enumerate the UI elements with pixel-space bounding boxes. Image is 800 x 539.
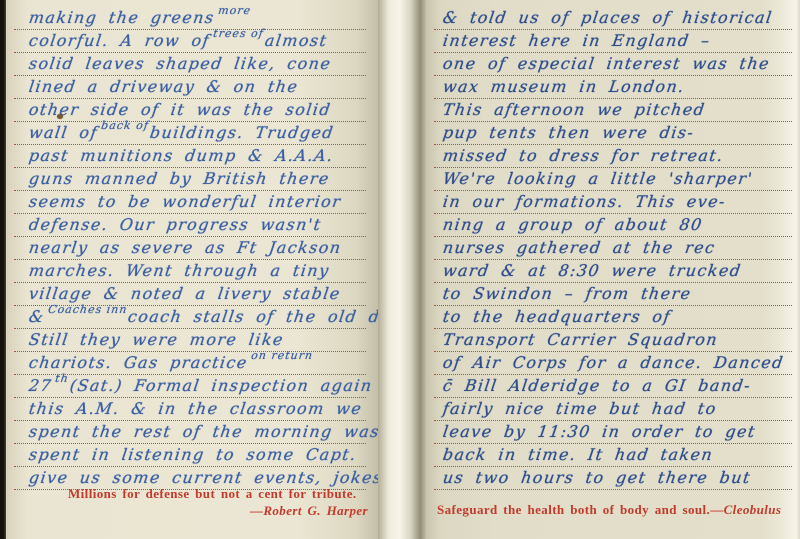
handwriting-text: spent in listening to some Capt. <box>28 444 359 465</box>
handwriting-text: almost <box>263 30 328 51</box>
handwriting-line: this A.M. & in the classroom we <box>14 398 366 421</box>
handwriting-line: leave by 11:30 in order to get <box>434 421 792 444</box>
handwriting-line: ward & at 8:30 were trucked <box>434 260 792 283</box>
handwriting-text: coach stalls of the old days. <box>126 306 419 327</box>
handwriting-line: colorful. A row of trees ofalmost <box>14 30 366 53</box>
handwriting-text: to the headquarters of <box>442 306 673 327</box>
handwriting-text: wax museum in London. <box>442 76 687 97</box>
handwriting-line: defense. Our progress wasn't <box>14 214 366 237</box>
handwriting-line: marches. Went through a tiny <box>14 260 366 283</box>
handwriting-line: pup tents then were dis- <box>434 122 792 145</box>
quote-attribution: Cleobulus <box>724 502 782 517</box>
handwriting-line: interest here in England – <box>434 30 792 53</box>
handwriting-line: nearly as severe as Ft Jackson <box>14 237 366 260</box>
handwriting-line: This afternoon we pitched <box>434 99 792 122</box>
handwriting-line: seems to be wonderful interior <box>14 191 366 214</box>
handwriting-text: ward & at 8:30 were trucked <box>442 260 743 281</box>
book-gutter <box>378 0 426 539</box>
handwriting-text: seems to be wonderful interior <box>28 191 343 212</box>
handwriting-text: pup tents then were dis- <box>442 122 696 143</box>
inserted-word: back of <box>100 115 151 136</box>
handwriting-line: of Air Corps for a dance. Danced <box>434 352 792 375</box>
handwriting-line: missed to dress for retreat. <box>434 145 792 168</box>
handwriting-text: leave by 11:30 in order to get <box>442 421 758 442</box>
handwriting-line: lined a driveway & on the <box>14 76 366 99</box>
handwriting-text: spent the rest of the morning was <box>28 421 382 442</box>
inserted-word: trees of <box>212 23 265 44</box>
diary-spread-scan: making the greens morecolorful. A row of… <box>0 0 800 539</box>
handwriting-text: wall of <box>28 122 100 143</box>
handwriting-line: nurses gathered at the rec <box>434 237 792 260</box>
handwriting-text: nearly as severe as Ft Jackson <box>28 237 344 258</box>
left-page-printed-quote: Millions for defense but not a cent for … <box>68 486 368 519</box>
handwriting-text: give us some current events, jokes, <box>28 467 391 488</box>
inserted-word: Coaches inn <box>46 299 128 320</box>
handwriting-line: other side of it was the solid <box>14 99 366 122</box>
handwriting-line: Transport Carrier Squadron <box>434 329 792 352</box>
handwriting-text: interest here in England – <box>442 30 713 51</box>
handwriting-line: guns manned by British there <box>14 168 366 191</box>
handwriting-line: in our formations. This eve- <box>434 191 792 214</box>
handwriting-line: spent the rest of the morning was <box>14 421 366 444</box>
handwriting-text: buildings. Trudged <box>148 122 335 143</box>
handwriting-text: Still they were more like <box>28 329 286 350</box>
handwriting-line: wax museum in London. <box>434 76 792 99</box>
handwriting-line: making the greens more <box>14 7 366 30</box>
handwriting-line: 27th(Sat.) Formal inspection again <box>14 375 366 398</box>
handwriting-text: & told us of places of historical <box>442 7 775 28</box>
handwriting-line: to the headquarters of <box>434 306 792 329</box>
handwriting-text: missed to dress for retreat. <box>442 145 726 166</box>
quote-text: Safeguard the health both of body and so… <box>437 502 724 517</box>
right-page-printed-quote: Safeguard the health both of body and so… <box>437 502 789 518</box>
handwriting-text: us two hours to get there but <box>442 467 753 488</box>
handwriting-text: to Swindon – from there <box>442 283 694 304</box>
handwriting-text: nurses gathered at the rec <box>442 237 717 258</box>
handwriting-text: other side of it was the solid <box>28 99 333 120</box>
handwriting-line: fairly nice time but had to <box>434 398 792 421</box>
handwriting-line: & told us of places of historical <box>434 7 792 30</box>
right-page: & told us of places of historicalinteres… <box>426 0 800 539</box>
handwriting-text: (Sat.) Formal inspection again <box>68 375 374 396</box>
inserted-word: on return <box>250 345 315 366</box>
handwriting-line: ning a group of about 80 <box>434 214 792 237</box>
handwriting-line: to Swindon – from there <box>434 283 792 306</box>
handwriting-line: solid leaves shaped like, cone <box>14 53 366 76</box>
inserted-word: th <box>54 368 70 389</box>
left-page: making the greens morecolorful. A row of… <box>6 0 378 539</box>
handwriting-text: one of especial interest was the <box>442 53 772 74</box>
handwriting-line: wall of back ofbuildings. Trudged <box>14 122 366 145</box>
left-page-handwriting: making the greens morecolorful. A row of… <box>14 7 366 490</box>
handwriting-text: in our formations. This eve- <box>442 191 728 212</box>
handwriting-text: ning a group of about 80 <box>442 214 705 235</box>
handwriting-text: this A.M. & in the classroom we <box>28 398 364 419</box>
handwriting-text: & <box>28 306 47 327</box>
handwriting-text: fairly nice time but had to <box>442 398 719 419</box>
handwriting-text: of Air Corps for a dance. Danced <box>442 352 786 373</box>
handwriting-line: c̄ Bill Alderidge to a GI band- <box>434 375 792 398</box>
inserted-word: more <box>216 0 252 21</box>
handwriting-text: back in time. It had taken <box>442 444 715 465</box>
ink-blot <box>57 114 63 119</box>
handwriting-text: 27 <box>28 375 54 396</box>
handwriting-text: lined a driveway & on the <box>28 76 300 97</box>
handwriting-line: back in time. It had taken <box>434 444 792 467</box>
handwriting-text: marches. Went through a tiny <box>28 260 332 281</box>
right-page-handwriting: & told us of places of historicalinteres… <box>434 7 792 490</box>
handwriting-text: past munitions dump & A.A.A. <box>28 145 336 166</box>
handwriting-line: past munitions dump & A.A.A. <box>14 145 366 168</box>
handwriting-text: making the greens <box>28 7 217 28</box>
handwriting-line: us two hours to get there but <box>434 467 792 490</box>
handwriting-line: We're looking a little 'sharper' <box>434 168 792 191</box>
handwriting-text: We're looking a little 'sharper' <box>442 168 755 189</box>
handwriting-line: spent in listening to some Capt. <box>14 444 366 467</box>
handwriting-text: colorful. A row of <box>28 30 212 51</box>
handwriting-text: c̄ Bill Alderidge to a GI band- <box>442 375 753 396</box>
handwriting-text: defense. Our progress wasn't <box>28 214 324 235</box>
handwriting-line: one of especial interest was the <box>434 53 792 76</box>
handwriting-text: Transport Carrier Squadron <box>442 329 720 350</box>
quote-attribution: —Robert G. Harper <box>68 503 368 519</box>
handwriting-line: & Coaches inncoach stalls of the old day… <box>14 306 366 329</box>
quote-text: Millions for defense but not a cent for … <box>68 486 368 502</box>
handwriting-text: This afternoon we pitched <box>442 99 707 120</box>
handwriting-text: solid leaves shaped like, cone <box>28 53 333 74</box>
handwriting-text: guns manned by British there <box>28 168 332 189</box>
